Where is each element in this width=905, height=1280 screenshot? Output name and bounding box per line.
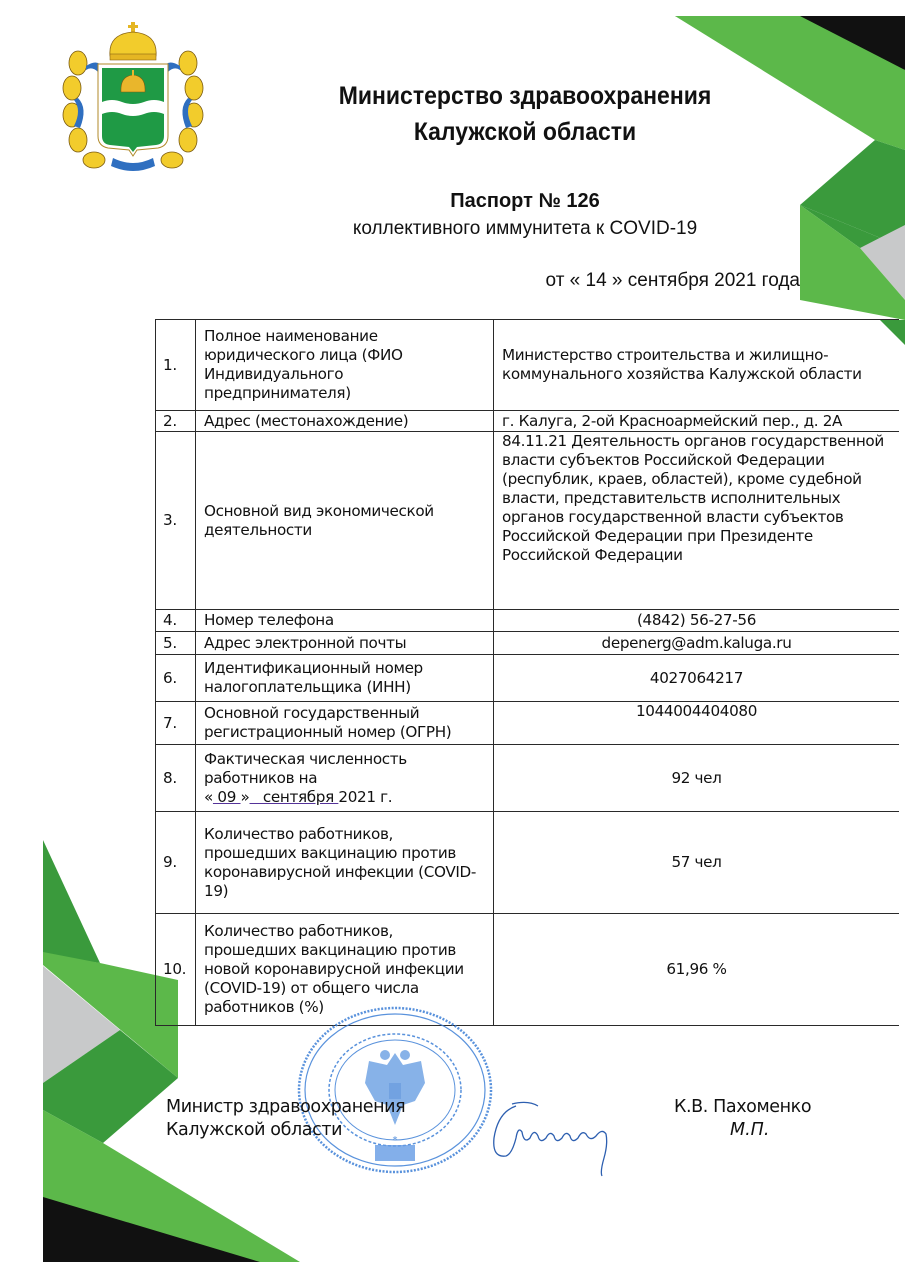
row-number: 8. — [156, 745, 196, 812]
row-value: 92 чел — [494, 745, 900, 812]
row-number: 6. — [156, 655, 196, 702]
signer-position-line2: Калужской области — [166, 1119, 405, 1142]
row-label: Идентификационный номер налогоплательщик… — [196, 655, 494, 702]
table-row: 10. Количество работников, прошедших вак… — [156, 914, 900, 1026]
ministry-title-line1: Министерство здравоохранения — [277, 78, 774, 114]
passport-subtitle: коллективного иммунитета к COVID-19 — [270, 218, 780, 240]
ministry-title: Министерство здравоохранения Калужской о… — [277, 78, 774, 150]
table-row: 3. Основной вид экономической деятельнос… — [156, 432, 900, 610]
passport-info-table: 1. Полное наименование юридического лица… — [155, 319, 899, 1026]
date-year: 2021 г. — [338, 788, 392, 806]
signer-name: К.В. Пахоменко — [674, 1096, 811, 1119]
passport-title: Паспорт № 126 — [300, 190, 750, 213]
signer-position-line1: Министр здравоохранения — [166, 1096, 405, 1119]
table-row: 7. Основной государственный регистрацион… — [156, 702, 900, 745]
date-open-quote: « — [204, 788, 213, 806]
row-label: Количество работников, прошедших вакцина… — [196, 812, 494, 914]
row-value: 84.11.21 Деятельность органов государств… — [494, 432, 900, 610]
row-label: Адрес электронной почты — [196, 632, 494, 655]
row-number: 3. — [156, 432, 196, 610]
row-label: Полное наименование юридического лица (Ф… — [196, 320, 494, 411]
row-label-text: Фактическая численность работников на — [204, 750, 407, 787]
signer-position: Министр здравоохранения Калужской област… — [166, 1096, 405, 1142]
passport-date: от « 14 » сентября 2021 года — [480, 270, 800, 292]
official-seal-stamp-icon: * — [295, 1005, 495, 1175]
row-number: 5. — [156, 632, 196, 655]
row-label: Фактическая численность работников на « … — [196, 745, 494, 812]
table-row: 9. Количество работников, прошедших вакц… — [156, 812, 900, 914]
row-value: 1044004404080 — [494, 702, 900, 745]
date-close-quote: » — [241, 788, 250, 806]
date-day: 09 — [213, 788, 241, 806]
table-row: 8. Фактическая численность работников на… — [156, 745, 900, 812]
row-number: 7. — [156, 702, 196, 745]
table-row: 5. Адрес электронной почты depenerg@adm.… — [156, 632, 900, 655]
row-value: г. Калуга, 2-ой Красноармейский пер., д.… — [494, 411, 900, 432]
row-label: Адрес (местонахождение) — [196, 411, 494, 432]
row-number: 9. — [156, 812, 196, 914]
row-number: 1. — [156, 320, 196, 411]
row-number: 4. — [156, 610, 196, 632]
row-value: 57 чел — [494, 812, 900, 914]
table-row: 2. Адрес (местонахождение) г. Калуга, 2-… — [156, 411, 900, 432]
row-number: 10. — [156, 914, 196, 1026]
ministry-title-line2: Калужской области — [277, 114, 774, 150]
row-value: Министерство строительства и жилищно-ком… — [494, 320, 900, 411]
row-value: 61,96 % — [494, 914, 900, 1026]
table-row: 6. Идентификационный номер налогоплатель… — [156, 655, 900, 702]
date-month: сентября — [250, 788, 339, 806]
row-label: Основной государственный регистрационный… — [196, 702, 494, 745]
table-row: 1. Полное наименование юридического лица… — [156, 320, 900, 411]
stamp-mark-label: М.П. — [730, 1120, 769, 1140]
row-number: 2. — [156, 411, 196, 432]
row-label: Номер телефона — [196, 610, 494, 632]
row-value: (4842) 56-27-56 — [494, 610, 900, 632]
row-label: Основной вид экономической деятельности — [196, 432, 494, 610]
kaluga-coat-of-arms-icon — [58, 18, 208, 178]
table-row: 4. Номер телефона (4842) 56-27-56 — [156, 610, 900, 632]
row-value: depenerg@adm.kaluga.ru — [494, 632, 900, 655]
row-value: 4027064217 — [494, 655, 900, 702]
handwritten-signature-icon — [478, 1098, 638, 1178]
